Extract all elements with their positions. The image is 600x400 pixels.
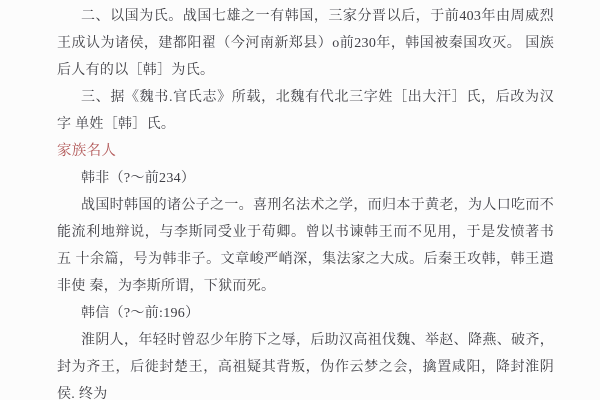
person-title-han-xin: 韩信（?～前:196） (57, 300, 554, 327)
document-page: 二、以国为氏。战国七雄之一有韩国，三家分晋以后，于前403年由周威烈 王成认为诸… (0, 0, 600, 400)
paragraph-surname-origin-three: 三、据《魏书.官氏志》所载，北魏有代北三字姓［出大汗］氏，后改为汉字 单姓［韩］… (57, 84, 554, 138)
person-bio-han-fei: 战国时韩国的诸公子之一。喜刑名法术之学，而归本于黄老，为人口吃而不 能流利地辩说… (57, 192, 554, 300)
paragraph-surname-origin-two: 二、以国为氏。战国七雄之一有韩国，三家分晋以后，于前403年由周威烈 王成认为诸… (57, 3, 554, 84)
person-bio-han-xin: 淮阴人，年轻时曾忍少年胯下之辱，后助汉高祖伐魏、举赵、降燕、破齐， 封为齐王，后… (57, 327, 554, 400)
person-title-han-fei: 韩非（?～前234） (57, 165, 554, 192)
section-heading-family-notables: 家族名人 (57, 138, 554, 165)
